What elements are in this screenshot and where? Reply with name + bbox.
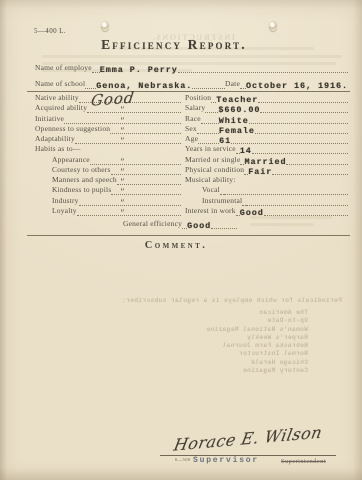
ditto-mark: ″ [120, 137, 125, 145]
ditto-mark: ″ [120, 209, 125, 217]
detail-row: Salary $660.00 [185, 104, 348, 113]
rating-row: Manners and speech ″ [35, 176, 181, 185]
dotted-leader [79, 200, 181, 206]
brad-hole [101, 21, 109, 31]
dotted-leader [272, 169, 348, 175]
dotted-leader [90, 159, 181, 165]
rating-label: Kindness to pupils [52, 185, 111, 195]
general-efficiency-row: General efficiency Good [35, 219, 348, 229]
employee-name-value: Emma P. Perry [100, 66, 178, 74]
detail-label: Vocal [202, 185, 220, 195]
brad-hole [269, 21, 277, 31]
ditto-mark: ″ [120, 199, 125, 207]
detail-row: Physical condition Fair [185, 166, 348, 175]
detail-label: Age [185, 134, 198, 144]
detail-label: Position [185, 93, 211, 103]
dotted-leader [205, 107, 218, 113]
superintendent-title-struck: Superintendent [281, 458, 326, 465]
general-efficiency-value: Good [187, 222, 211, 230]
detail-label: Physical condition [185, 165, 244, 175]
dotted-leader [260, 107, 348, 113]
detail-value: Female [219, 127, 255, 135]
date-label: Date [225, 79, 240, 89]
rating-row: Appearance ″ [35, 156, 181, 165]
detail-value: Teacher [216, 96, 258, 104]
school-name-value: Genoa, Nebraska. [96, 82, 192, 90]
detail-value: Fair [248, 168, 272, 176]
detail-label: Sex [185, 124, 197, 134]
rating-label: Loyalty [52, 206, 77, 216]
rating-label: Acquired ability [35, 103, 87, 113]
supervisor-title: Supervisor [193, 456, 259, 465]
dotted-leader [178, 67, 348, 73]
section-header-label: Musical ability: [185, 175, 236, 185]
detail-row: Sex Female [185, 125, 348, 134]
rating-row: Kindness to pupils ″ [35, 186, 181, 195]
date-value: October 16, 1916. [246, 82, 348, 90]
rating-row: Industry ″ [35, 197, 181, 206]
detail-row: Position Teacher [185, 94, 348, 103]
section-header-label: Habits as to— [35, 144, 81, 154]
dotted-leader [211, 223, 237, 229]
rating-label: Appearance [52, 155, 90, 165]
bleedthrough-text-line [42, 55, 342, 58]
detail-row: Years in service 14 [185, 145, 348, 154]
dotted-leader [85, 83, 96, 89]
school-name-label: Name of school [35, 79, 85, 89]
rating-row: Initiative ″ [35, 115, 181, 124]
detail-value: $660.00 [218, 106, 260, 114]
rating-label: Courtesy to others [52, 165, 111, 175]
rating-label: Openness to suggestion [35, 124, 110, 134]
dotted-leader [201, 118, 219, 124]
rating-label: Native ability [35, 93, 79, 103]
rating-grid: Native ability Good Acquired ability ″ I… [35, 94, 348, 216]
detail-value: Good [240, 209, 264, 217]
rating-label: Initiative [35, 114, 64, 124]
dotted-leader [92, 67, 100, 73]
detail-row: Instrumental [185, 197, 348, 206]
dotted-leader [117, 179, 181, 185]
dotted-leader [75, 138, 181, 144]
dotted-leader [246, 200, 348, 206]
dotted-leader [224, 189, 348, 195]
detail-row: Age 61 [185, 135, 348, 144]
detail-label: Race [185, 114, 201, 124]
section-rule [27, 91, 350, 92]
signature-print-code: 6—500 [175, 457, 191, 462]
detail-row: Married or single Married [185, 156, 348, 165]
detail-label: Instrumental [202, 196, 242, 206]
dotted-leader [192, 83, 225, 89]
detail-label: Salary [185, 103, 205, 113]
detail-value: 14 [240, 147, 252, 155]
detail-row: Interest in work Good [185, 207, 348, 216]
employee-name-row: Name of employe Emma P. Perry [35, 60, 348, 73]
detail-value: White [219, 117, 249, 125]
dotted-leader [198, 138, 219, 144]
ditto-mark: ″ [120, 178, 125, 186]
rating-row: Openness to suggestion ″ [35, 125, 181, 134]
rating-column-right: Position Teacher Salary $660.00 Race Whi… [185, 94, 348, 216]
detail-label: Married or single [185, 155, 240, 165]
dotted-leader [197, 128, 219, 134]
detail-label: Years in service [185, 144, 236, 154]
dotted-leader [264, 210, 348, 216]
employee-name-label: Name of employe [35, 63, 92, 73]
section-header-row: Habits as to— [35, 145, 181, 154]
rating-label: Industry [52, 196, 79, 206]
ditto-mark: ″ [120, 158, 125, 166]
page-title: Efficiency Report. [0, 37, 348, 53]
dotted-leader [231, 138, 348, 144]
rating-row: Native ability Good [35, 94, 181, 103]
dotted-leader [249, 118, 348, 124]
dotted-leader [255, 128, 348, 134]
rating-column-left: Native ability Good Acquired ability ″ I… [35, 94, 181, 216]
rating-label: Manners and speech [52, 175, 117, 185]
rating-row: Adaptability ″ [35, 135, 181, 144]
general-efficiency-label: General efficiency [123, 219, 182, 229]
school-date-row: Name of school Genoa, Nebraska. Date Oct… [35, 76, 348, 89]
rating-row: Loyalty ″ [35, 207, 181, 216]
detail-row: Race White [185, 115, 348, 124]
dotted-leader [286, 159, 348, 165]
dotted-leader [77, 210, 181, 216]
handwritten-rating: Good [90, 90, 136, 107]
ditto-mark: ″ [120, 117, 125, 125]
section-header-row: Musical ability: [185, 176, 348, 185]
detail-row: Vocal [185, 186, 348, 195]
dotted-leader [258, 97, 348, 103]
form-code: 5—400 L. [34, 27, 66, 35]
comment-heading: Comment. [0, 240, 352, 251]
rating-row: Courtesy to others ″ [35, 166, 181, 175]
rating-label: Adaptability [35, 134, 75, 144]
ditto-mark: ″ [120, 168, 125, 176]
ditto-mark: ″ [120, 127, 125, 135]
section-rule [27, 235, 350, 236]
detail-value: Married [244, 158, 286, 166]
detail-label: Interest in work [185, 206, 236, 216]
ditto-mark: ″ [120, 188, 125, 196]
dotted-leader [252, 148, 348, 154]
